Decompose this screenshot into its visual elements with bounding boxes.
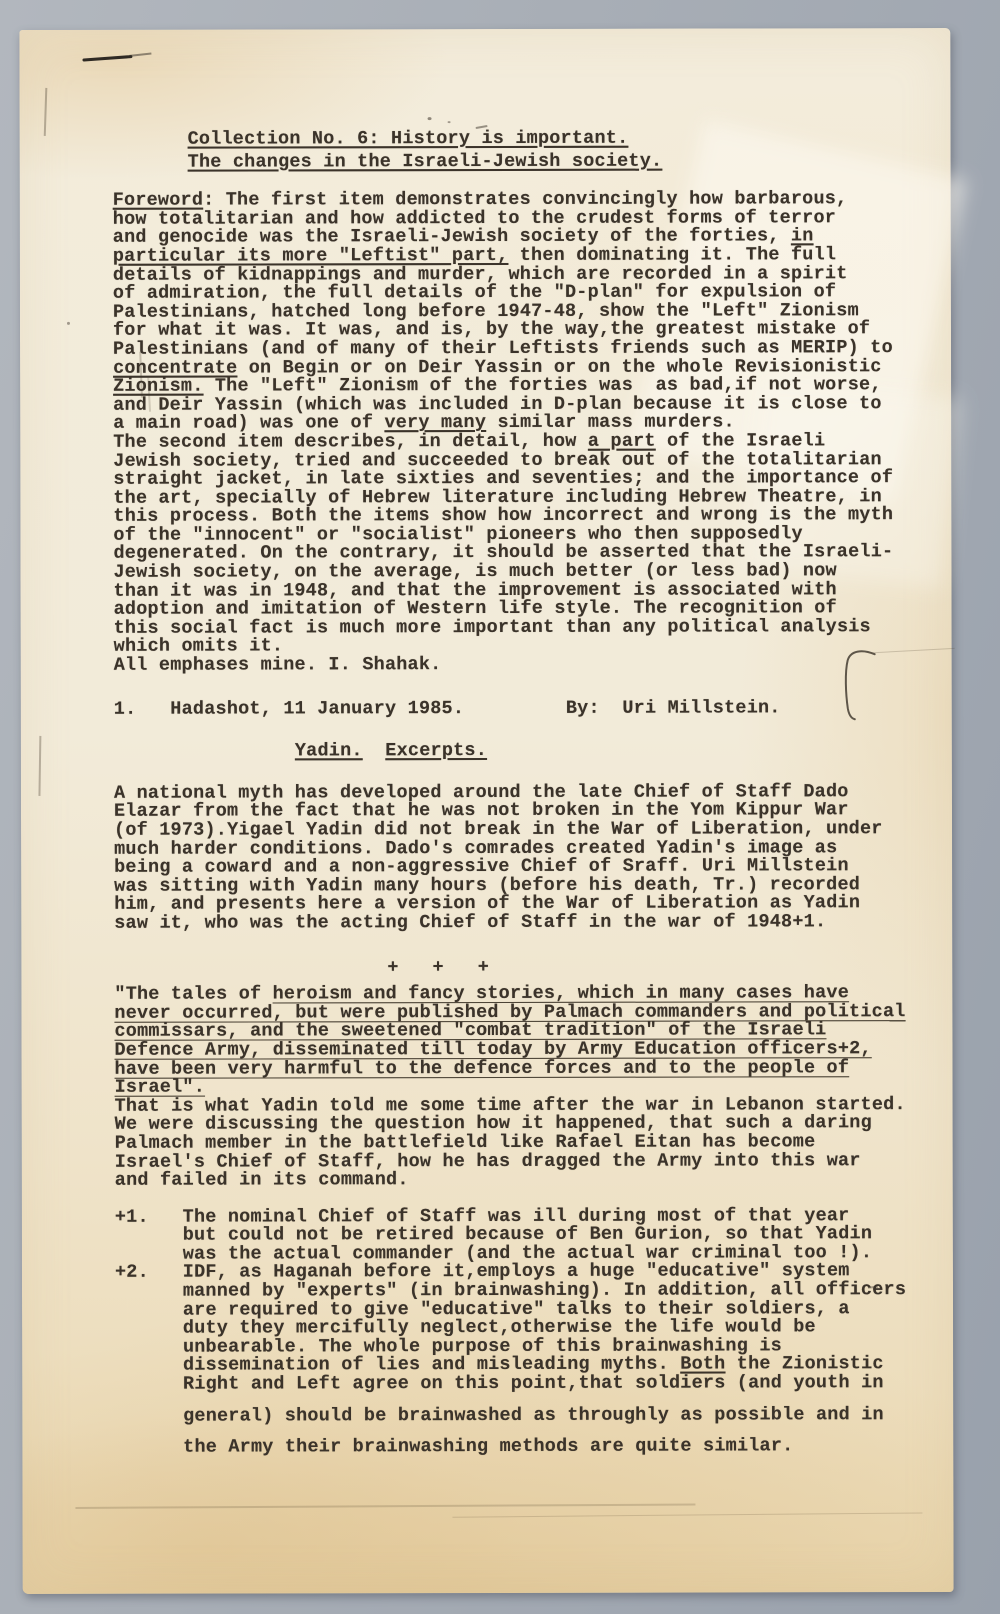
ink-speck (67, 322, 70, 325)
text-line: + + + (387, 958, 924, 978)
footnotes: +1. The nominal Chief of Staff was ill d… (115, 1207, 926, 1458)
scratch-line (75, 1503, 695, 1508)
ink-speck (448, 121, 451, 123)
item-heading: Yadin. Excerpts. (295, 741, 924, 761)
text-line: Collection No. 6: History is important. (188, 129, 923, 149)
foreword-paragraph: Foreword: The first item demonstrates co… (113, 190, 924, 675)
text-line: The changes in the Israeli-Jewish societ… (188, 152, 923, 172)
text-line: 1. Hadashot, 11 January 1985. By: Uri Mi… (114, 699, 924, 719)
text-line: Yadin. Excerpts. (295, 741, 924, 761)
text-line: All emphases mine. I. Shahak. (114, 655, 924, 675)
margin-tick-mark (44, 88, 48, 136)
scan-background: Collection No. 6: History is important.T… (0, 0, 1000, 1614)
document-page: Collection No. 6: History is important.T… (19, 28, 953, 1594)
text-line: and failed in its command. (115, 1170, 925, 1190)
lebanon-paragraph: That is what Yadin told me some time aft… (115, 1096, 925, 1191)
document-text: Collection No. 6: History is important.T… (113, 129, 926, 1458)
pen-dash-mark (82, 55, 132, 62)
text-line: the Army their brainwashing methods are … (115, 1437, 925, 1457)
ink-speck (428, 117, 432, 120)
margin-tick-mark (38, 736, 41, 796)
item-source-line: 1. Hadashot, 11 January 1985. By: Uri Mi… (114, 699, 924, 719)
pen-dash-tail-mark (129, 53, 151, 57)
scratch-line (452, 1512, 922, 1517)
text-line: general) should be brainwashed as throug… (115, 1406, 925, 1426)
text-line: saw it, who was the acting Chief of Staf… (114, 913, 924, 933)
title: Collection No. 6: History is important.T… (188, 129, 923, 172)
text-line: Right and Left agree on this point,that … (115, 1374, 925, 1394)
yadin-intro-paragraph: A national myth has developed around the… (114, 783, 924, 933)
section-separator: + + + (387, 958, 924, 978)
text-line: have been very harmful to the defence fo… (115, 1059, 925, 1079)
yadin-quote-paragraph: "The tales of heroism and fancy stories,… (114, 984, 924, 1097)
